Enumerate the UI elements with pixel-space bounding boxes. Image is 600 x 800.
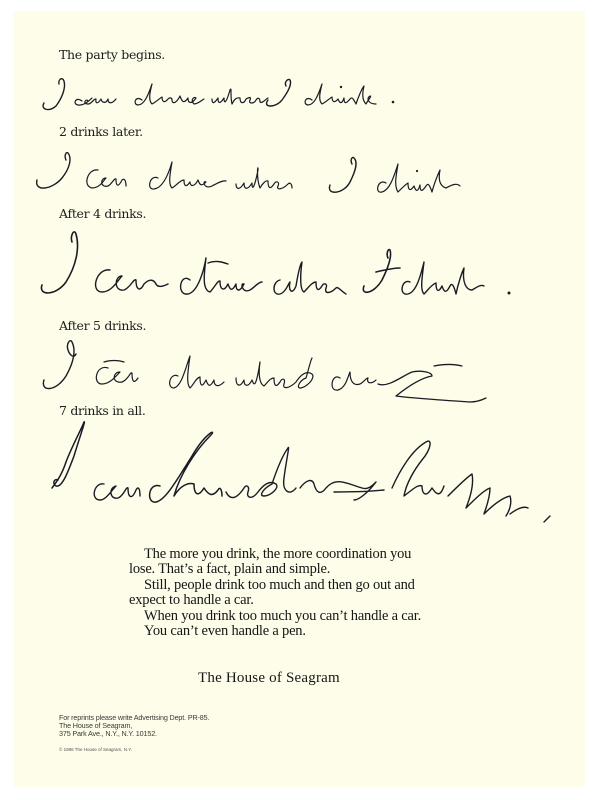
handwriting-sober	[0, 75, 600, 125]
copyright-notice: © 1986 The House of Seagram, N.Y.	[59, 747, 132, 752]
caption-5-drinks: After 5 drinks.	[59, 318, 146, 333]
caption-2-drinks: 2 drinks later.	[59, 124, 143, 139]
body-line: You can’t even handle a pen.	[129, 624, 489, 639]
body-copy: The more you drink, the more coordinatio…	[129, 547, 489, 639]
body-line: lose. That’s a fact, plain and simple.	[129, 562, 489, 577]
reprint-info: For reprints please write Advertising De…	[59, 714, 209, 739]
handwriting-7-drinks	[0, 420, 600, 540]
signature-house-of-seagram: The House of Seagram	[198, 670, 340, 687]
reprint-line: 375 Park Ave., N.Y., N.Y. 10152.	[59, 730, 209, 738]
handwriting-2-drinks	[0, 150, 600, 210]
caption-4-drinks: After 4 drinks.	[59, 206, 146, 221]
caption-7-drinks: 7 drinks in all.	[59, 403, 146, 418]
body-line: When you drink too much you can’t handle…	[129, 609, 489, 624]
body-line: Still, people drink too much and then go…	[129, 578, 489, 593]
caption-party-begins: The party begins.	[59, 47, 165, 62]
body-line: expect to handle a car.	[129, 593, 489, 608]
body-line: The more you drink, the more coordinatio…	[129, 547, 489, 562]
handwriting-4-drinks	[0, 225, 600, 305]
